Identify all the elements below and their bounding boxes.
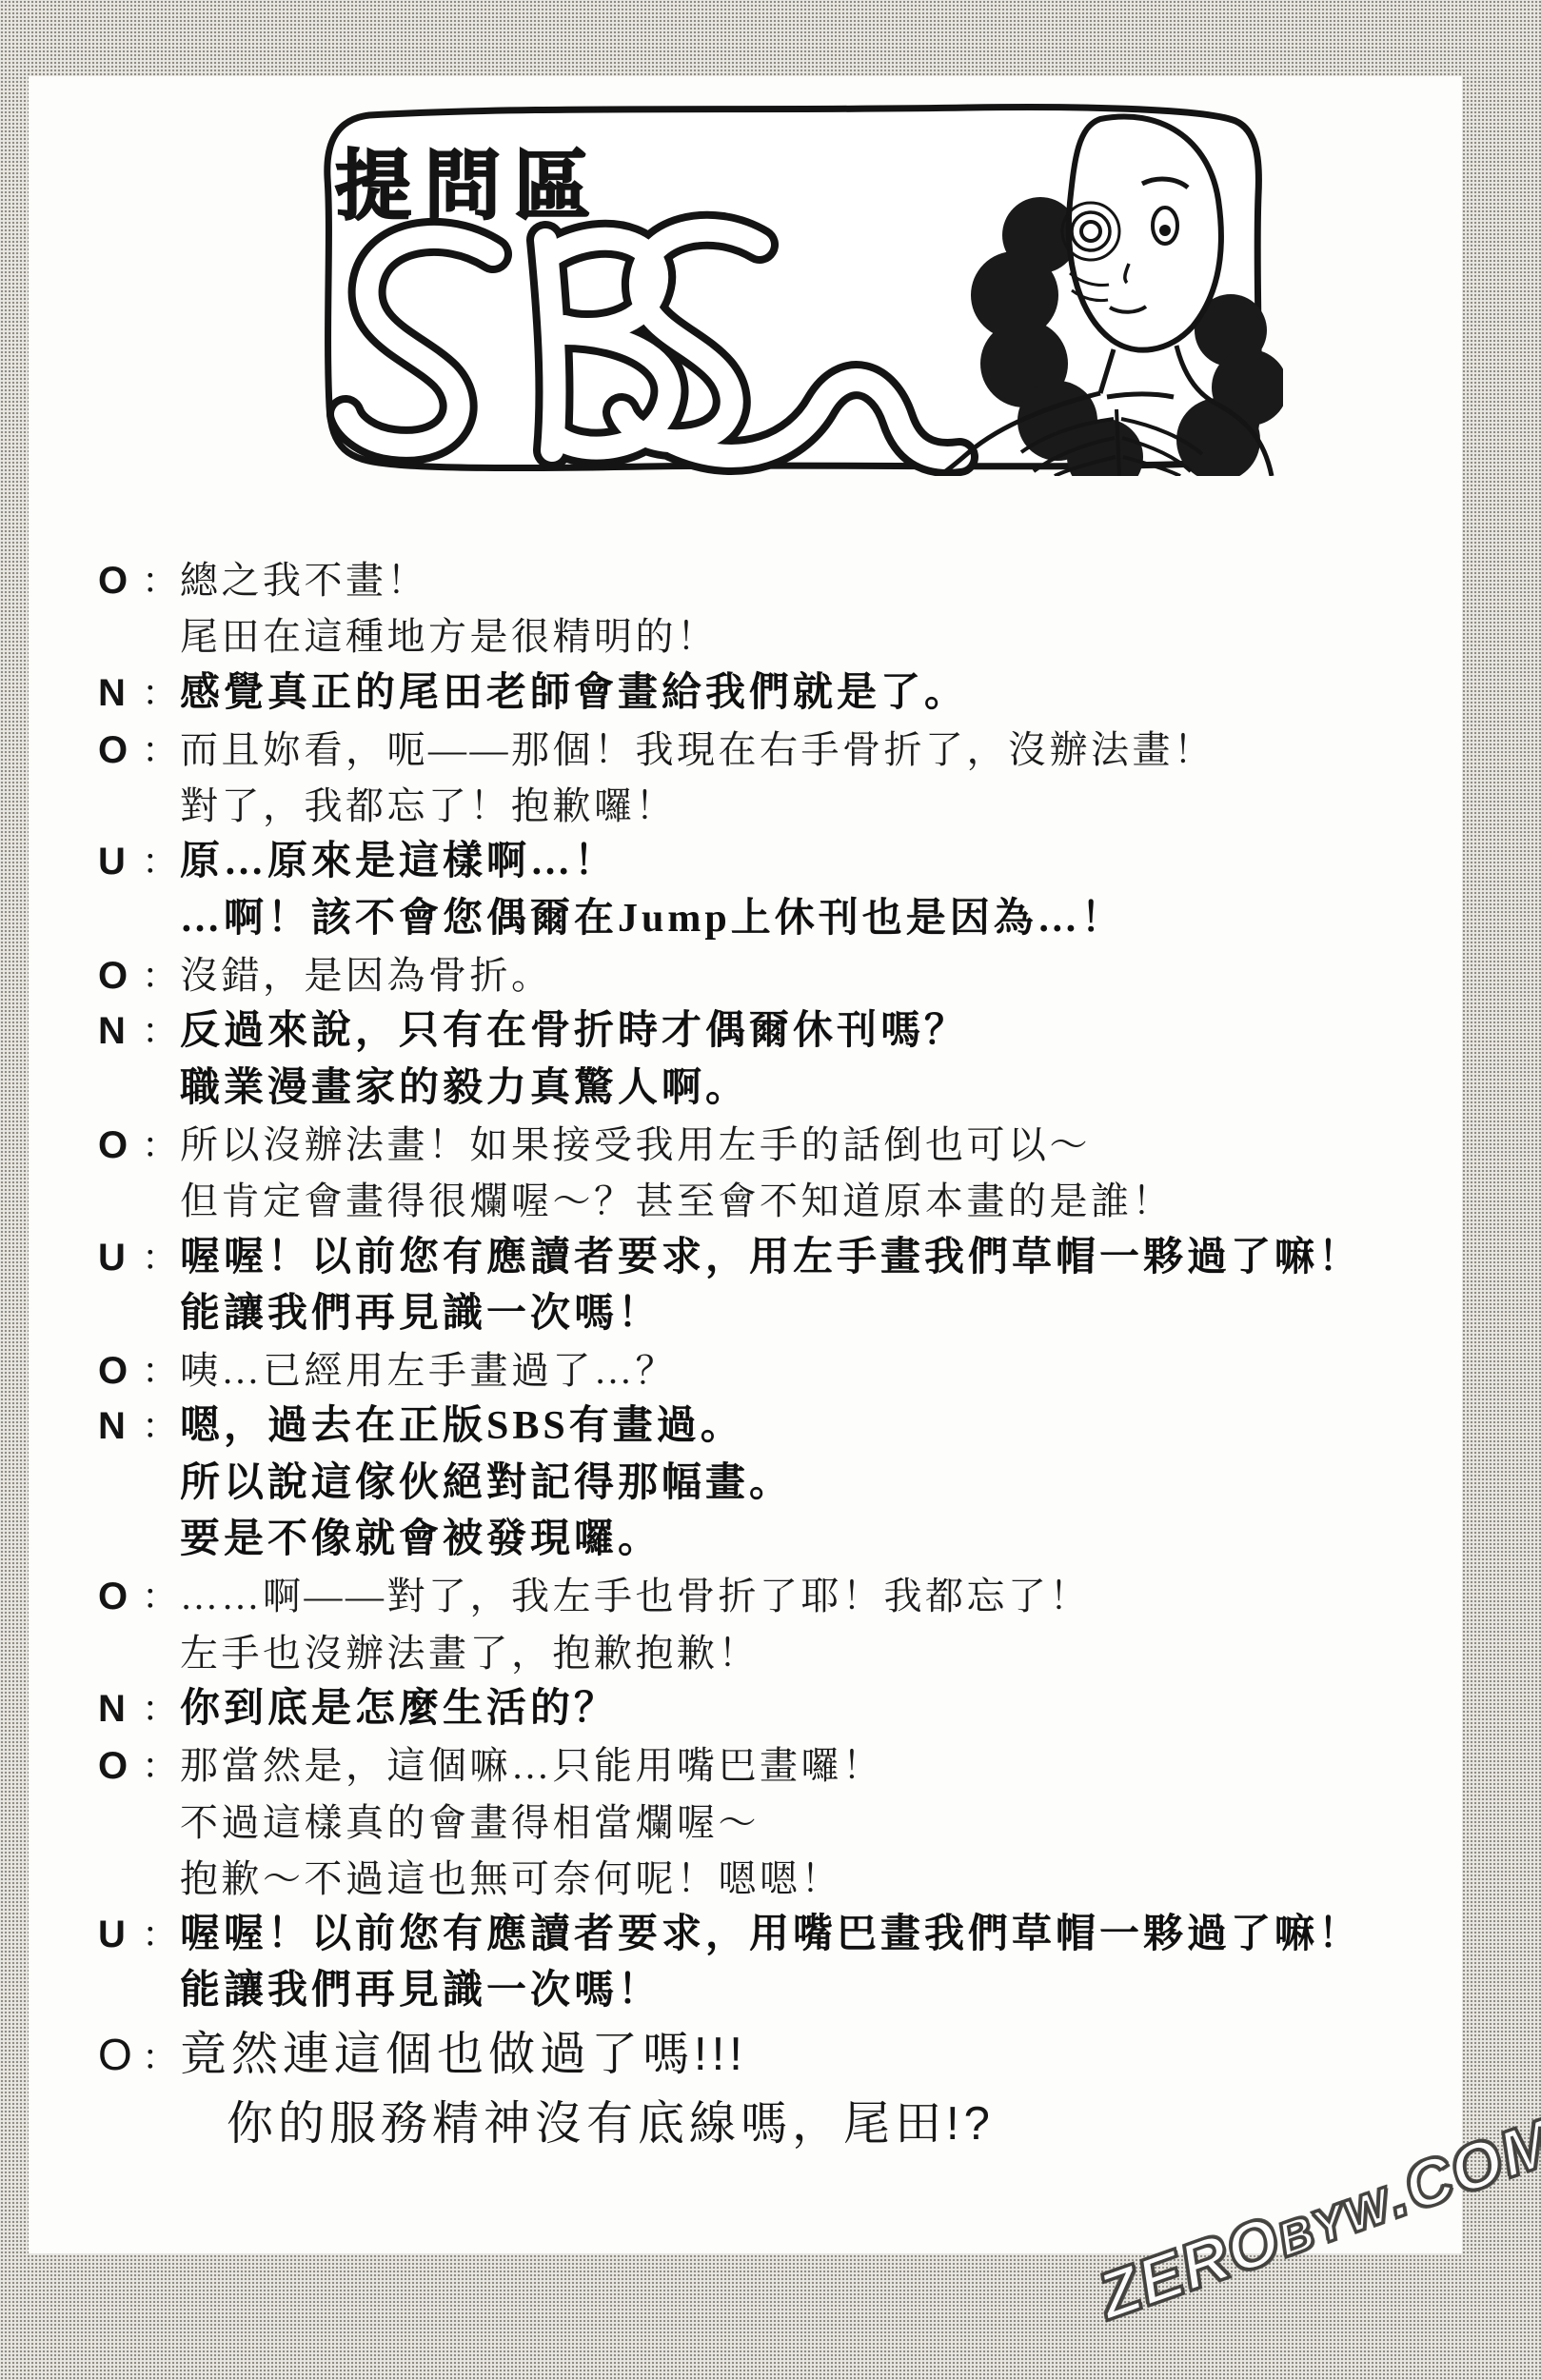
sbs-header-illustration: 提問區 <box>303 90 1283 476</box>
dialog-text: 原…原來是這樣啊…！ <box>180 834 618 890</box>
dialog-text: …啊！該不會您偶爾在Jump上休刊也是因為…！ <box>180 891 1125 947</box>
page-content-area: 提問區 <box>29 76 1462 2253</box>
dialog-text: 不過這樣真的會畫得相當爛喔～ <box>180 1795 760 1851</box>
dialog-line: N ： 嗯，過去在正版SBS有畫過。 <box>98 1398 1462 1455</box>
dialog-text: 所以說這傢伙絕對記得那幅畫。 <box>180 1456 793 1512</box>
dialog-text: 感覺真正的尾田老師會畫給我們就是了。 <box>180 665 968 722</box>
speaker-colon: ： <box>142 1399 180 1456</box>
dialog-text: 能讓我們再見識一次嗎！ <box>180 1963 662 2019</box>
dialog-text: 你到底是怎麼生活的？ <box>180 1681 618 1737</box>
speaker-colon: ： <box>142 1739 180 1795</box>
speaker-label: N <box>98 1681 142 1737</box>
speaker-label: O <box>98 948 142 1004</box>
dialog-text: 所以沒辦法畫！如果接受我用左手的話倒也可以～ <box>180 1117 1091 1173</box>
dialog-line: O ： 咦…已經用左手畫過了…？ <box>98 1342 1462 1398</box>
corner-label: 提問區 <box>335 146 603 229</box>
dialog-line: 不過這樣真的會畫得相當爛喔～ <box>98 1795 1462 1851</box>
speaker-colon: ： <box>142 724 180 780</box>
speaker-label: O <box>98 1343 142 1399</box>
dialog-line: 抱歉～不過這也無可奈何呢！嗯嗯！ <box>98 1851 1462 1907</box>
dialog-line: O ： 而且妳看，呃——那個！我現在右手骨折了，沒辦法畫！ <box>98 722 1462 778</box>
dialog-text: 嗯，過去在正版SBS有畫過。 <box>180 1398 744 1455</box>
dialog-text: 而且妳看，呃——那個！我現在右手骨折了，沒辦法畫！ <box>180 722 1215 778</box>
dialog-line: O ： 所以沒辦法畫！如果接受我用左手的話倒也可以～ <box>98 1117 1462 1173</box>
dialog-text: 喔喔！以前您有應讀者要求，用左手畫我們草帽一夥過了嘛！ <box>180 1230 1362 1286</box>
dialog-line: U ： 喔喔！以前您有應讀者要求，用左手畫我們草帽一夥過了嘛！ <box>98 1230 1462 1286</box>
dialog-text: 竟然連這個也做過了嗎!!! <box>180 2020 747 2090</box>
dialog-line: O ： 總之我不畫！ <box>98 552 1462 608</box>
dialog-text: 沒錯，是因為骨折。 <box>180 947 553 1003</box>
speaker-colon: ： <box>142 1682 180 1738</box>
dialog-text: 你的服務精神沒有底線嗎，尾田!? <box>227 2090 995 2159</box>
dialog-line: 要是不像就會被發現囉。 <box>98 1512 1462 1568</box>
speaker-colon: ： <box>142 949 180 1005</box>
dialog-line: 但肯定會畫得很爛喔～？甚至會不知道原本畫的是誰！ <box>98 1173 1462 1229</box>
dialog-text: 左手也沒辦法畫了，抱歉抱歉！ <box>180 1625 760 1681</box>
dialog-text: 職業漫畫家的毅力真驚人啊。 <box>180 1061 749 1117</box>
speaker-colon: ： <box>142 554 180 610</box>
dialog-text: 要是不像就會被發現囉。 <box>180 1512 662 1568</box>
dialog-line: O ： ……啊——對了，我左手也骨折了耶！我都忘了！ <box>98 1568 1462 1624</box>
dialog-line: O ： 那當然是，這個嘛…只能用嘴巴畫囉！ <box>98 1737 1462 1794</box>
dialog-line: 所以說這傢伙絕對記得那幅畫。 <box>98 1456 1462 1512</box>
dialog-text: 能讓我們再見識一次嗎！ <box>180 1286 662 1342</box>
speaker-label: U <box>98 1230 142 1286</box>
dialog-line: …啊！該不會您偶爾在Jump上休刊也是因為…！ <box>98 891 1462 947</box>
dialog-text: 反過來說，只有在骨折時才偶爾休刊嗎？ <box>180 1003 968 1060</box>
dialog-line: 你的服務精神沒有底線嗎，尾田!? <box>98 2090 1462 2159</box>
speaker-colon: ： <box>142 1119 180 1175</box>
speaker-label: N <box>98 1003 142 1060</box>
dialog-line: N ： 感覺真正的尾田老師會畫給我們就是了。 <box>98 665 1462 722</box>
speaker-colon: ： <box>142 1231 180 1287</box>
speaker-label: O <box>98 1118 142 1174</box>
dialog-line: 尾田在這種地方是很精明的！ <box>98 608 1462 664</box>
dialog-text: 咦…已經用左手畫過了…？ <box>180 1342 677 1398</box>
speaker-colon: ： <box>142 1344 180 1400</box>
speaker-label: O <box>98 1569 142 1625</box>
speaker-colon: ： <box>142 835 180 891</box>
dialog-line: 對了，我都忘了！抱歉囉！ <box>98 778 1462 834</box>
dialog-text: 對了，我都忘了！抱歉囉！ <box>180 778 677 834</box>
speaker-colon: ： <box>142 1570 180 1626</box>
speaker-label: N <box>98 665 142 722</box>
manga-scan-page: 提問區 <box>0 0 1541 2380</box>
dialog-text: 總之我不畫！ <box>180 552 428 608</box>
dialog-line: 能讓我們再見識一次嗎！ <box>98 1963 1462 2019</box>
speaker-label: O <box>98 2020 142 2090</box>
speaker-label: U <box>98 1907 142 1963</box>
sbs-header-box: 提問區 <box>303 90 1283 476</box>
speaker-label: N <box>98 1398 142 1455</box>
dialog-text: 抱歉～不過這也無可奈何呢！嗯嗯！ <box>180 1851 842 1907</box>
speaker-colon: ： <box>142 1908 180 1964</box>
dialog-line: U ： 喔喔！以前您有應讀者要求，用嘴巴畫我們草帽一夥過了嘛！ <box>98 1907 1462 1963</box>
speaker-colon: ： <box>142 666 180 723</box>
speaker-label: O <box>98 1738 142 1795</box>
speaker-colon: ： <box>142 1004 180 1061</box>
sbs-dialogue: O ： 總之我不畫！ 尾田在這種地方是很精明的！ N ： 感覺真正的尾田老師會畫… <box>29 552 1462 2159</box>
speaker-label: U <box>98 834 142 890</box>
speaker-label: O <box>98 723 142 779</box>
dialog-text: ……啊——對了，我左手也骨折了耶！我都忘了！ <box>180 1568 1091 1624</box>
dialog-line: 能讓我們再見識一次嗎！ <box>98 1286 1462 1342</box>
dialog-line: O ： 沒錯，是因為骨折。 <box>98 947 1462 1003</box>
dialog-line: O ： 竟然連這個也做過了嗎!!! <box>98 2020 1462 2090</box>
dialog-line: 職業漫畫家的毅力真驚人啊。 <box>98 1061 1462 1117</box>
dialog-line: U ： 原…原來是這樣啊…！ <box>98 834 1462 890</box>
dialog-text: 尾田在這種地方是很精明的！ <box>180 608 719 664</box>
dialog-line: 左手也沒辦法畫了，抱歉抱歉！ <box>98 1625 1462 1681</box>
dialog-text: 那當然是，這個嘛…只能用嘴巴畫囉！ <box>180 1737 884 1794</box>
dialog-line: N ： 反過來說，只有在骨折時才偶爾休刊嗎？ <box>98 1003 1462 1060</box>
dialog-text: 喔喔！以前您有應讀者要求，用嘴巴畫我們草帽一夥過了嘛！ <box>180 1907 1362 1963</box>
dialog-line: N ： 你到底是怎麼生活的？ <box>98 1681 1462 1737</box>
speaker-label: O <box>98 553 142 609</box>
speaker-colon: ： <box>142 2024 180 2093</box>
dialog-text: 但肯定會畫得很爛喔～？甚至會不知道原本畫的是誰！ <box>180 1173 1174 1229</box>
